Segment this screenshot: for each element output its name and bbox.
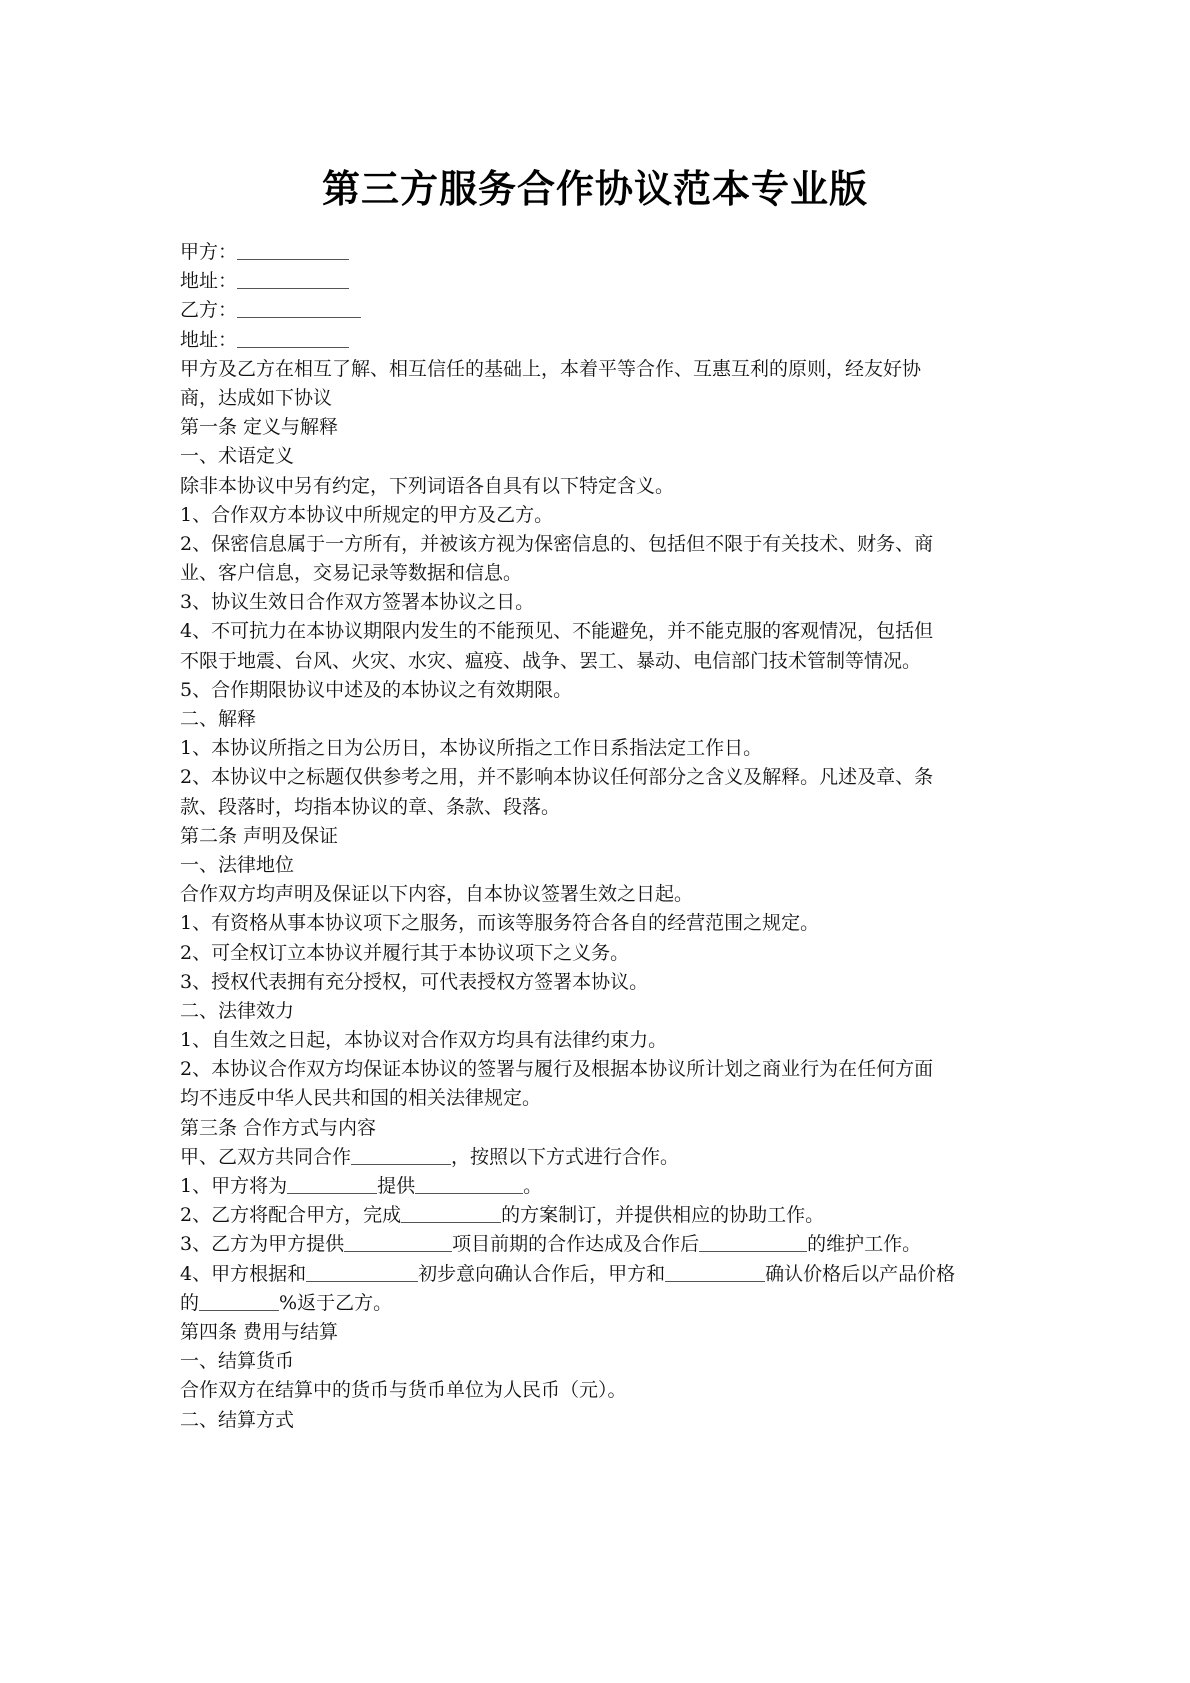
document-line: 1、甲方将为提供。: [180, 1172, 1020, 1201]
document-line: 合作双方均声明及保证以下内容，自本协议签署生效之日起。: [180, 880, 1020, 909]
party-field-line: 乙方：: [180, 296, 1020, 325]
document-line: 3、授权代表拥有充分授权，可代表授权方签署本协议。: [180, 968, 1020, 997]
text-segment: 不限于地震、台风、火灾、水灾、瘟疫、战争、罢工、暴动、电信部门技术管制等情况。: [180, 650, 921, 672]
document-line: 合作双方在结算中的货币与货币单位为人民币（元）。: [180, 1376, 1020, 1405]
text-segment: 提供: [377, 1175, 415, 1197]
document-line: 一、术语定义: [180, 442, 1020, 471]
text-segment: 1、合作双方本协议中所规定的甲方及乙方。: [180, 504, 553, 526]
text-segment: 1、自生效之日起，本协议对合作双方均具有法律约束力。: [180, 1029, 667, 1051]
text-segment: 第一条 定义与解释: [180, 416, 338, 438]
text-segment: 5、合作期限协议中述及的本协议之有效期限。: [180, 679, 572, 701]
document-line: 4、不可抗力在本协议期限内发生的不能预见、不能避免，并不能克服的客观情况，包括但: [180, 617, 1020, 646]
fill-in-blank[interactable]: [287, 1174, 377, 1194]
document-line: 4、甲方根据和初步意向确认合作后，甲方和确认价格后以产品价格: [180, 1260, 1020, 1289]
text-segment: 1、甲方将为: [180, 1175, 287, 1197]
document-line: 第一条 定义与解释: [180, 413, 1020, 442]
fill-in-blank[interactable]: [401, 1203, 501, 1223]
fill-in-blank[interactable]: [306, 1262, 418, 1282]
text-segment: 项目前期的合作达成及合作后: [452, 1233, 699, 1255]
fill-in-blank[interactable]: [199, 1291, 279, 1311]
text-segment: 3、协议生效日合作双方签署本协议之日。: [180, 591, 534, 613]
text-segment: 2、保密信息属于一方所有，并被该方视为保密信息的、包括但不限于有关技术、财务、商: [180, 533, 933, 555]
text-segment: 3、乙方为甲方提供: [180, 1233, 344, 1255]
text-segment: 商，达成如下协议: [180, 387, 332, 409]
document-line: 5、合作期限协议中述及的本协议之有效期限。: [180, 676, 1020, 705]
document-line: 均不违反中华人民共和国的相关法律规定。: [180, 1084, 1020, 1113]
party-field-label: 乙方：: [180, 299, 237, 321]
document-line: 甲方及乙方在相互了解、相互信任的基础上，本着平等合作、互惠互利的原则，经友好协: [180, 355, 1020, 384]
document-line: 2、乙方将配合甲方，完成的方案制订，并提供相应的协助工作。: [180, 1201, 1020, 1230]
document-body: 甲方：地址：乙方：地址：甲方及乙方在相互了解、相互信任的基础上，本着平等合作、互…: [180, 238, 1020, 1435]
party-field-line: 地址：: [180, 267, 1020, 296]
document-line: 1、合作双方本协议中所规定的甲方及乙方。: [180, 501, 1020, 530]
text-segment: 初步意向确认合作后，甲方和: [418, 1263, 665, 1285]
text-segment: 2、可全权订立本协议并履行其于本协议项下之义务。: [180, 942, 629, 964]
document-line: 2、本协议合作双方均保证本协议的签署与履行及根据本协议所计划之商业行为在任何方面: [180, 1055, 1020, 1084]
text-segment: 除非本协议中另有约定，下列词语各自具有以下特定含义。: [180, 475, 674, 497]
fill-in-blank[interactable]: [237, 328, 349, 348]
text-segment: 二、法律效力: [180, 1000, 294, 1022]
fill-in-blank[interactable]: [237, 298, 361, 318]
text-segment: 2、乙方将配合甲方，完成: [180, 1204, 401, 1226]
text-segment: 2、本协议中之标题仅供参考之用，并不影响本协议任何部分之含义及解释。凡述及章、条: [180, 766, 933, 788]
document-title: 第三方服务合作协议范本专业版: [0, 158, 1190, 213]
document-line: 一、法律地位: [180, 851, 1020, 880]
text-segment: 的方案制订，并提供相应的协助工作。: [501, 1204, 824, 1226]
document-line: 二、结算方式: [180, 1406, 1020, 1435]
text-segment: 甲、乙双方共同合作: [180, 1146, 351, 1168]
text-segment: 4、不可抗力在本协议期限内发生的不能预见、不能避免，并不能克服的客观情况，包括但: [180, 620, 933, 642]
document-line: 二、法律效力: [180, 997, 1020, 1026]
document-line: 第四条 费用与结算: [180, 1318, 1020, 1347]
text-segment: %返于乙方。: [279, 1292, 392, 1314]
text-segment: 的维护工作。: [807, 1233, 921, 1255]
fill-in-blank[interactable]: [344, 1232, 452, 1252]
document-line: 不限于地震、台风、火灾、水灾、瘟疫、战争、罢工、暴动、电信部门技术管制等情况。: [180, 647, 1020, 676]
text-segment: 。: [523, 1175, 542, 1197]
text-segment: 均不违反中华人民共和国的相关法律规定。: [180, 1087, 541, 1109]
document-line: 2、本协议中之标题仅供参考之用，并不影响本协议任何部分之含义及解释。凡述及章、条: [180, 763, 1020, 792]
text-segment: ，按照以下方式进行合作。: [451, 1146, 679, 1168]
text-segment: 二、解释: [180, 708, 256, 730]
party-field-label: 甲方：: [180, 241, 237, 263]
text-segment: 第三条 合作方式与内容: [180, 1117, 376, 1139]
document-line: 商，达成如下协议: [180, 384, 1020, 413]
text-segment: 确认价格后以产品价格: [765, 1263, 955, 1285]
party-field-label: 地址：: [180, 329, 237, 351]
text-segment: 业、客户信息，交易记录等数据和信息。: [180, 562, 522, 584]
fill-in-blank[interactable]: [699, 1232, 807, 1252]
text-segment: 2、本协议合作双方均保证本协议的签署与履行及根据本协议所计划之商业行为在任何方面: [180, 1058, 933, 1080]
document-line: 甲、乙双方共同合作，按照以下方式进行合作。: [180, 1143, 1020, 1172]
fill-in-blank[interactable]: [415, 1174, 523, 1194]
document-line: 3、协议生效日合作双方签署本协议之日。: [180, 588, 1020, 617]
text-segment: 一、术语定义: [180, 445, 294, 467]
text-segment: 3、授权代表拥有充分授权，可代表授权方签署本协议。: [180, 971, 648, 993]
fill-in-blank[interactable]: [237, 269, 349, 289]
fill-in-blank[interactable]: [665, 1262, 765, 1282]
document-line: 款、段落时，均指本协议的章、条款、段落。: [180, 793, 1020, 822]
text-segment: 第二条 声明及保证: [180, 825, 338, 847]
text-segment: 合作双方均声明及保证以下内容，自本协议签署生效之日起。: [180, 883, 693, 905]
document-line: 3、乙方为甲方提供项目前期的合作达成及合作后的维护工作。: [180, 1230, 1020, 1259]
party-field-line: 甲方：: [180, 238, 1020, 267]
text-segment: 款、段落时，均指本协议的章、条款、段落。: [180, 796, 560, 818]
document-line: 2、可全权订立本协议并履行其于本协议项下之义务。: [180, 939, 1020, 968]
text-segment: 4、甲方根据和: [180, 1263, 306, 1285]
text-segment: 甲方及乙方在相互了解、相互信任的基础上，本着平等合作、互惠互利的原则，经友好协: [180, 358, 921, 380]
text-segment: 1、有资格从事本协议项下之服务，而该等服务符合各自的经营范围之规定。: [180, 912, 819, 934]
document-line: 1、自生效之日起，本协议对合作双方均具有法律约束力。: [180, 1026, 1020, 1055]
text-segment: 的: [180, 1292, 199, 1314]
document-line: 1、本协议所指之日为公历日，本协议所指之工作日系指法定工作日。: [180, 734, 1020, 763]
document-line: 业、客户信息，交易记录等数据和信息。: [180, 559, 1020, 588]
fill-in-blank[interactable]: [237, 240, 349, 260]
party-field-line: 地址：: [180, 326, 1020, 355]
text-segment: 1、本协议所指之日为公历日，本协议所指之工作日系指法定工作日。: [180, 737, 762, 759]
document-line: 除非本协议中另有约定，下列词语各自具有以下特定含义。: [180, 472, 1020, 501]
document-line: 第三条 合作方式与内容: [180, 1114, 1020, 1143]
document-line: 第二条 声明及保证: [180, 822, 1020, 851]
document-line: 二、解释: [180, 705, 1020, 734]
fill-in-blank[interactable]: [351, 1145, 451, 1165]
document-line: 一、结算货币: [180, 1347, 1020, 1376]
document-line: 2、保密信息属于一方所有，并被该方视为保密信息的、包括但不限于有关技术、财务、商: [180, 530, 1020, 559]
party-field-label: 地址：: [180, 270, 237, 292]
text-segment: 合作双方在结算中的货币与货币单位为人民币（元）。: [180, 1379, 627, 1401]
text-segment: 第四条 费用与结算: [180, 1321, 338, 1343]
document-line: 1、有资格从事本协议项下之服务，而该等服务符合各自的经营范围之规定。: [180, 909, 1020, 938]
text-segment: 一、结算货币: [180, 1350, 294, 1372]
text-segment: 一、法律地位: [180, 854, 294, 876]
document-page: 第三方服务合作协议范本专业版 甲方：地址：乙方：地址：甲方及乙方在相互了解、相互…: [0, 0, 1190, 1683]
text-segment: 二、结算方式: [180, 1409, 294, 1431]
document-line: 的%返于乙方。: [180, 1289, 1020, 1318]
